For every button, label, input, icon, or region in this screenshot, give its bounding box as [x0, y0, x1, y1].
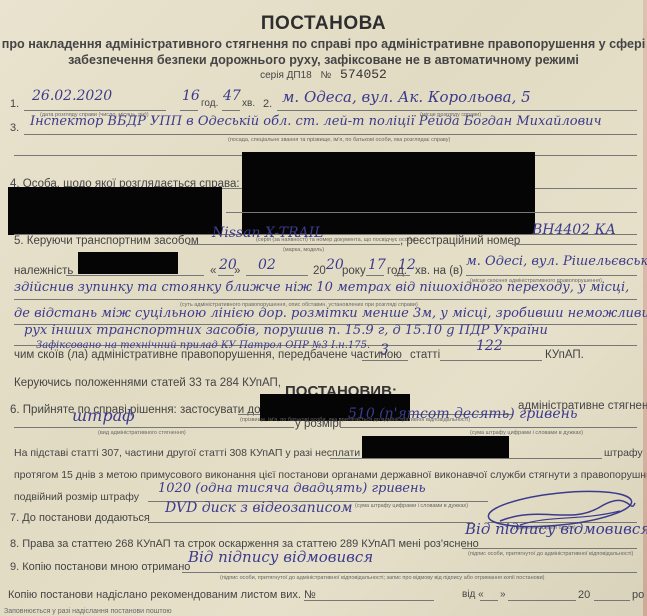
nonpayment-line2: протягом 15 днів з метою примусового вик… — [14, 469, 647, 481]
double-fine-label: подвійний розмір штрафу — [14, 491, 139, 503]
hour-label: год. — [201, 98, 218, 109]
item5-label: 5. Керуючи транспортним засобом — [14, 235, 199, 247]
date-close-quote: » — [234, 265, 240, 277]
amount-label: у розмірі — [295, 418, 341, 430]
document-subtitle-line2: забезпечення безпеки дорожнього руху, за… — [0, 53, 647, 67]
double-fine-caption: (сума штрафу цифрами і словами в дужках) — [355, 503, 468, 509]
belonging-label: належність — [14, 265, 73, 277]
description-line3: рух інших транспортних засобів, порушив … — [24, 323, 548, 338]
review-hour: 16 — [182, 88, 200, 104]
mailed-year-prefix: 20 — [578, 589, 590, 601]
date-open-quote: « — [210, 265, 216, 277]
vehicle-model: Nissan X-TRAIL — [212, 225, 323, 241]
minute-label: хв. — [242, 98, 255, 109]
offense-hour: 17 — [368, 257, 386, 273]
document-number: 574052 — [340, 67, 387, 82]
penalty-type-caption: (вид адміністративного стягнення) — [98, 430, 186, 436]
mailed-from-label: від « — [462, 589, 484, 600]
article-number: 122 — [476, 338, 503, 354]
mailed-close-quote: » — [500, 589, 506, 600]
offense-month: 02 — [258, 257, 276, 273]
review-minute: 47 — [223, 88, 241, 104]
redacted-person-document — [242, 152, 535, 235]
footer-note: Заповнюється у разі надіслання постанови… — [4, 608, 172, 615]
attachment: DVD диск з відеозаписом — [165, 500, 353, 516]
mailed-label: Копію постанови надіслано рекомендованим… — [8, 589, 316, 601]
rights-caption: (підпис особи, притягнутої до адміністра… — [468, 551, 633, 557]
official-caption: (посада, спеціальне звання та прізвище, … — [228, 137, 450, 143]
guided-by: Керуючись положеннями статей 33 та 284 К… — [14, 377, 281, 389]
redacted-nonpayer — [362, 436, 509, 458]
number-label: № — [321, 70, 332, 81]
double-fine-amount: 1020 (одна тисяча двадцять) гривень — [158, 481, 426, 496]
redacted-owner — [78, 252, 178, 274]
offense-place: м. Одесі, вул. Рішельєвська, 33 — [466, 254, 647, 269]
redacted-person-name — [8, 187, 222, 235]
item3-num: 3. — [10, 122, 19, 134]
fine-word: штрафу — [604, 447, 643, 459]
year-label: року — [342, 265, 366, 277]
item7-label: 7. До постанови додаються — [10, 512, 150, 524]
copy-received-note: Від підпису відмовився — [188, 548, 373, 566]
reg-number: ВН4402 КА — [532, 222, 616, 238]
document-subtitle-line1: про накладення адміністративного стягнен… — [0, 37, 647, 51]
year-prefix: 20 — [313, 265, 326, 277]
item1-num: 1. — [10, 98, 19, 110]
document-title: ПОСТАНОВА — [0, 13, 647, 35]
nonpayment-line1: На підставі статті 307, частини другої с… — [14, 447, 376, 459]
penalty-type: штраф — [72, 406, 135, 425]
review-place: м. Одеса, вул. Ак. Корольова, 5 — [282, 88, 531, 106]
item2-num: 2. — [263, 98, 272, 110]
item9-label: 9. Копію постанови мною отримано — [10, 561, 190, 573]
official-name: Інспектор ВБДР УПП в Одеській обл. ст. л… — [30, 114, 602, 129]
description-line1: здійснив зупинку та стоянку ближче ніж 1… — [14, 280, 629, 295]
article-part: 3 — [380, 342, 389, 358]
vehicle-caption: (марка, модель) — [283, 247, 324, 253]
review-date: 26.02.2020 — [32, 88, 112, 104]
description-line2: де відстань між суцільною лінією дор. ро… — [14, 306, 647, 321]
fine-amount: 510 (п'ятсот десять) гривень — [348, 406, 577, 422]
reg-number-label: , реєстраційний номер — [400, 235, 520, 247]
code-label: КУпАП. — [545, 349, 584, 361]
series-label: серія ДП18 — [260, 70, 312, 81]
committed-label: чим скоїв (ла) адміністративне правопору… — [14, 349, 402, 361]
series-number: серія ДП18 № 574052 — [0, 67, 647, 82]
copy-received-caption: (підпис особи, притягнутої до адміністра… — [220, 575, 545, 581]
rights-explained-note: Від підпису відмовився — [465, 520, 647, 538]
article-label: статті — [410, 349, 440, 361]
mailed-year-label: ро — [632, 589, 644, 601]
item6-label: 6. Прийняте по справі рішення: застосува… — [10, 404, 261, 416]
offense-minute-label: хв. на (в) — [415, 265, 463, 277]
offense-minute: 12 — [398, 257, 416, 273]
